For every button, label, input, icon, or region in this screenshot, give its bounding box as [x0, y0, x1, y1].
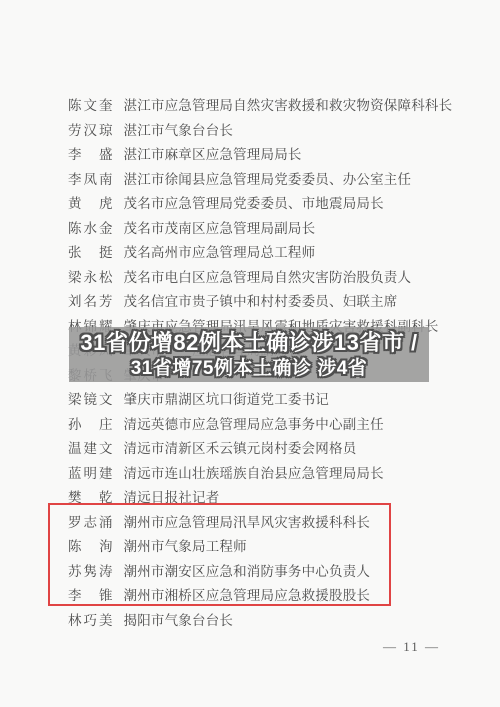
- highlight-box: [48, 503, 391, 606]
- list-row: 蓝明建 清远市连山壮族瑶族自治县应急管理局局长: [68, 460, 480, 485]
- person-name: 温建文: [68, 437, 115, 457]
- person-name: 李凤南: [68, 168, 115, 188]
- list-row: 梁镜文 肇庆市鼎湖区坑口街道党工委书记: [68, 386, 480, 411]
- person-name: 陈水金: [68, 217, 115, 237]
- list-row: 陈水金 茂名市茂南区应急管理局副局长: [68, 215, 480, 240]
- person-name: 黄 虎: [68, 192, 115, 212]
- page-number: — 11 —: [383, 639, 440, 655]
- list-row: 李凤南 湛江市徐闻县应急管理局党委委员、办公室主任: [68, 166, 480, 191]
- person-name: 陈文奎: [68, 94, 115, 114]
- person-title: 湛江市气象台台长: [124, 119, 234, 139]
- person-title: 湛江市应急管理局自然灾害救援和救灾物资保障科科长: [124, 94, 453, 114]
- person-title: 茂名市应急管理局党委委员、市地震局局长: [124, 192, 384, 212]
- person-name: 劳汉琼: [68, 119, 115, 139]
- person-title: 清远英德市应急管理局应急事务中心副主任: [124, 413, 384, 433]
- list-row: 李 盛 湛江市麻章区应急管理局局长: [68, 141, 480, 166]
- list-row: 梁永松 茂名市电白区应急管理局自然灾害防治股负责人: [68, 264, 480, 289]
- person-name: 张 挺: [68, 241, 115, 261]
- person-name: 刘名芳: [68, 290, 115, 310]
- person-title: 清远市连山壮族瑶族自治县应急管理局局长: [124, 462, 384, 482]
- list-row: 陈文奎 湛江市应急管理局自然灾害救援和救灾物资保障科科长: [68, 92, 480, 117]
- person-name: 孙 庄: [68, 413, 115, 433]
- person-title: 茂名市茂南区应急管理局副局长: [124, 217, 316, 237]
- list-row: 林巧美 揭阳市气象台台长: [68, 607, 480, 632]
- list-row: 刘名芳 茂名信宜市贵子镇中和村村委委员、妇联主席: [68, 288, 480, 313]
- list-row: 张 挺 茂名高州市应急管理局总工程师: [68, 239, 480, 264]
- person-title: 揭阳市气象台台长: [124, 609, 234, 629]
- person-title: 清远市清新区禾云镇元岗村委会网格员: [124, 437, 357, 457]
- person-name: 李 盛: [68, 143, 115, 163]
- person-name: 梁永松: [68, 266, 115, 286]
- person-title: 茂名信宜市贵子镇中和村村委委员、妇联主席: [124, 290, 398, 310]
- person-title: 肇庆市鼎湖区坑口街道党工委书记: [124, 388, 330, 408]
- list-row: 黄 虎 茂名市应急管理局党委委员、市地震局局长: [68, 190, 480, 215]
- list-row: 劳汉琼 湛江市气象台台长: [68, 117, 480, 142]
- list-row: 孙 庄 清远英德市应急管理局应急事务中心副主任: [68, 411, 480, 436]
- overlay-headline-line1: 31省份增82例本土确诊涉13省市 /: [80, 329, 417, 356]
- person-name: 林巧美: [68, 609, 115, 629]
- overlay-headline-line2: 31省增75例本土确诊 涉4省: [131, 356, 368, 381]
- person-title: 湛江市麻章区应急管理局局长: [124, 143, 302, 163]
- headline-overlay: 31省份增82例本土确诊涉13省市 / 31省增75例本土确诊 涉4省: [69, 327, 429, 382]
- person-title: 茂名市电白区应急管理局自然灾害防治股负责人: [124, 266, 412, 286]
- page: 陈文奎 湛江市应急管理局自然灾害救援和救灾物资保障科科长 劳汉琼 湛江市气象台台…: [0, 0, 500, 707]
- person-title: 茂名高州市应急管理局总工程师: [124, 241, 316, 261]
- person-name: 梁镜文: [68, 388, 115, 408]
- list-row: 温建文 清远市清新区禾云镇元岗村委会网格员: [68, 435, 480, 460]
- person-name: 蓝明建: [68, 462, 115, 482]
- person-title: 湛江市徐闻县应急管理局党委委员、办公室主任: [124, 168, 412, 188]
